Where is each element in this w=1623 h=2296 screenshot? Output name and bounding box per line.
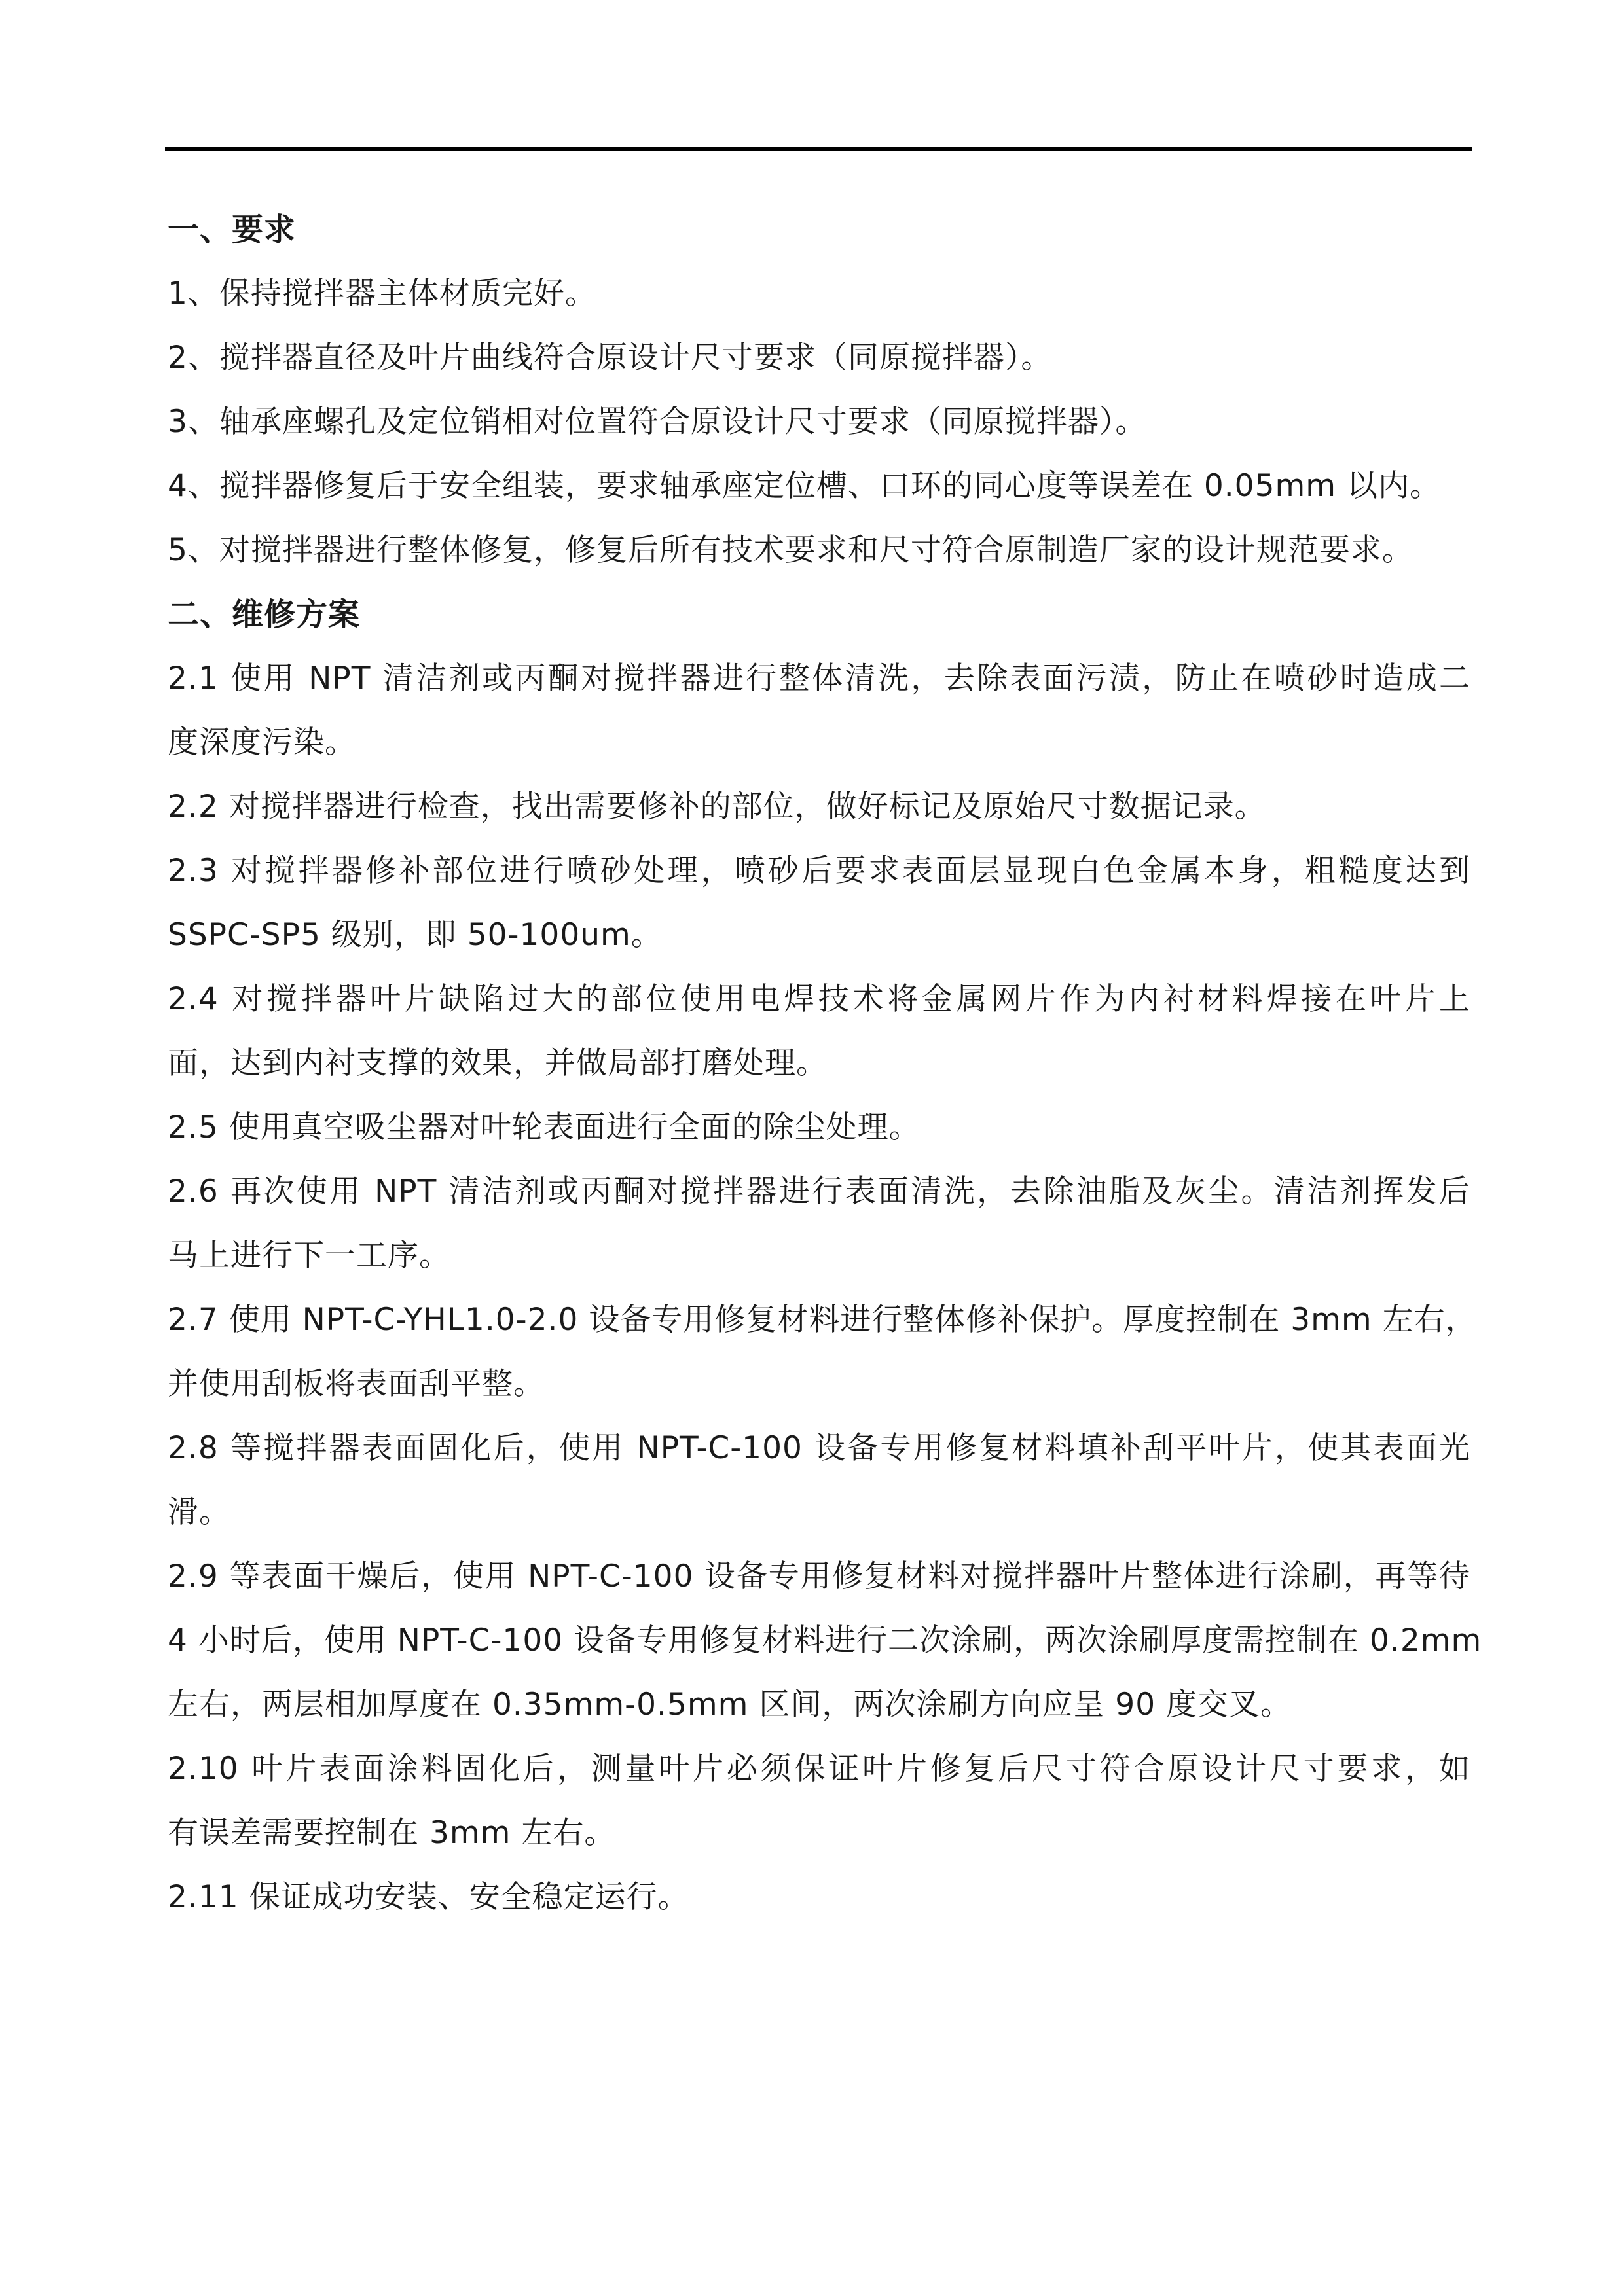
step-2-10-line-2: 有误差需要控制在 3mm 左右。: [168, 1812, 1470, 1876]
step-2-4-line-2: 面，达到内衬支撑的效果，并做局部打磨处理。: [168, 1042, 1470, 1106]
step-2-1-line-2: 度深度污染。: [168, 721, 1470, 785]
step-2-1-line-1: 2.1 使用 NPT 清洁剂或丙酮对搅拌器进行整体清洗，去除表面污渍，防止在喷砂…: [168, 657, 1470, 721]
step-2-2: 2.2 对搅拌器进行检查，找出需要修补的部位，做好标记及原始尺寸数据记录。: [168, 785, 1470, 850]
requirement-item: 1、保持搅拌器主体材质完好。: [168, 272, 1470, 336]
step-2-6-line-2: 马上进行下一工序。: [168, 1234, 1470, 1299]
step-2-5: 2.5 使用真空吸尘器对叶轮表面进行全面的除尘处理。: [168, 1106, 1470, 1170]
document-body: 一、要求 1、保持搅拌器主体材质完好。 2、搅拌器直径及叶片曲线符合原设计尺寸要…: [168, 208, 1470, 1940]
section-heading-requirements: 一、要求: [168, 208, 1470, 272]
step-2-7-line-2: 并使用刮板将表面刮平整。: [168, 1363, 1470, 1427]
step-2-8-line-2: 滑。: [168, 1491, 1470, 1555]
header-rule: [165, 147, 1472, 151]
step-2-9-line-2: 4 小时后，使用 NPT-C-100 设备专用修复材料进行二次涂刷，两次涂刷厚度…: [168, 1619, 1470, 1683]
step-2-7-line-1: 2.7 使用 NPT-C-YHL1.0-2.0 设备专用修复材料进行整体修补保护…: [168, 1299, 1470, 1363]
step-2-9-line-3: 左右，两层相加厚度在 0.35mm-0.5mm 区间，两次涂刷方向应呈 90 度…: [168, 1683, 1470, 1748]
requirement-item: 5、对搅拌器进行整体修复，修复后所有技术要求和尺寸符合原制造厂家的设计规范要求。: [168, 529, 1470, 593]
step-2-10-line-1: 2.10 叶片表面涂料固化后，测量叶片必须保证叶片修复后尺寸符合原设计尺寸要求，…: [168, 1748, 1470, 1812]
step-2-6-line-1: 2.6 再次使用 NPT 清洁剂或丙酮对搅拌器进行表面清洗，去除油脂及灰尘。清洁…: [168, 1170, 1470, 1234]
step-2-3-line-1: 2.3 对搅拌器修补部位进行喷砂处理，喷砂后要求表面层显现白色金属本身，粗糙度达…: [168, 850, 1470, 914]
step-2-4-line-1: 2.4 对搅拌器叶片缺陷过大的部位使用电焊技术将金属网片作为内衬材料焊接在叶片上: [168, 978, 1470, 1042]
requirement-item: 4、搅拌器修复后于安全组装，要求轴承座定位槽、口环的同心度等误差在 0.05mm…: [168, 465, 1470, 529]
step-2-11: 2.11 保证成功安装、安全稳定运行。: [168, 1876, 1470, 1940]
requirement-item: 3、轴承座螺孔及定位销相对位置符合原设计尺寸要求（同原搅拌器）。: [168, 401, 1470, 465]
step-2-8-line-1: 2.8 等搅拌器表面固化后，使用 NPT-C-100 设备专用修复材料填补刮平叶…: [168, 1427, 1470, 1491]
requirement-item: 2、搅拌器直径及叶片曲线符合原设计尺寸要求（同原搅拌器）。: [168, 336, 1470, 401]
step-2-3-line-2: SSPC-SP5 级别，即 50-100um。: [168, 914, 1470, 978]
section-heading-repair-plan: 二、维修方案: [168, 593, 1470, 657]
step-2-9-line-1: 2.9 等表面干燥后，使用 NPT-C-100 设备专用修复材料对搅拌器叶片整体…: [168, 1555, 1470, 1619]
